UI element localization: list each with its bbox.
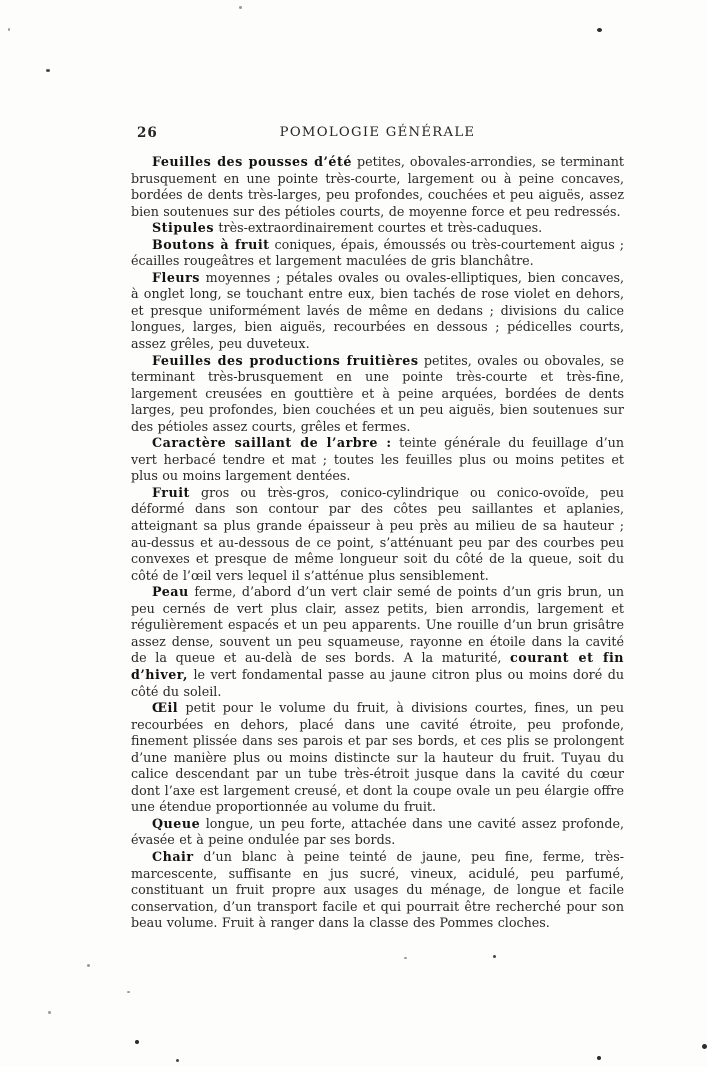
paragraph: Feuilles des pousses d’été petites, obov… [131, 154, 624, 220]
scan-speck [597, 28, 602, 32]
paragraph-lead-word: Fruit [152, 485, 190, 500]
paragraph: Fleurs moyennes ; pétales ovales ou oval… [131, 270, 624, 353]
paragraph-lead-word: Feuilles des pousses d’été [152, 154, 352, 169]
paragraph: Boutons à fruit coniques, épais, émoussé… [131, 237, 624, 270]
paragraph: Queue longue, un peu forte, attachée dan… [131, 816, 624, 849]
running-head: 26 POMOLOGIE GÉNÉRALE [131, 124, 624, 142]
paragraph: Peau ferme, d’abord d’un vert clair semé… [131, 584, 624, 700]
scan-speck [239, 6, 242, 9]
paragraph-lead-word: Œil [152, 700, 178, 715]
scan-speck [127, 991, 130, 993]
paragraph: Chair d’un blanc à peine teinté de jaune… [131, 849, 624, 932]
scan-speck [87, 964, 90, 967]
scan-speck [404, 957, 407, 959]
scan-speck [135, 1040, 139, 1044]
paragraph-text: très-extraordinairement courtes et très-… [214, 220, 542, 235]
scan-speck [597, 1056, 601, 1060]
scan-speck [702, 1044, 707, 1049]
paragraph-lead-word: Boutons à fruit [152, 237, 270, 252]
body-paragraphs: Feuilles des pousses d’été petites, obov… [131, 154, 624, 932]
paragraph-lead-word: Fleurs [152, 270, 200, 285]
paragraph: Caractère saillant de l’arbre : teinte g… [131, 435, 624, 485]
paragraph: Œil petit pour le volume du fruit, à div… [131, 700, 624, 816]
paragraph-text: le vert fondamental passe au jaune citro… [131, 667, 624, 699]
paragraph: Stipules très-extraordinairement courtes… [131, 220, 624, 237]
paragraph-lead-word: Queue [152, 816, 200, 831]
scan-speck [46, 69, 50, 72]
text-block: 26 POMOLOGIE GÉNÉRALE Feuilles des pouss… [131, 124, 624, 932]
scan-speck [48, 1011, 51, 1014]
paragraph-text: longue, un peu forte, attachée dans une … [131, 816, 624, 848]
paragraph: Fruit gros ou très-gros, conico-cylindri… [131, 485, 624, 584]
paragraph: Feuilles des productions fruitières peti… [131, 353, 624, 436]
paragraph-lead-word: Chair [152, 849, 194, 864]
paragraph-text: moyennes ; pétales ovales ou ovales-elli… [131, 270, 624, 351]
scanned-book-page: 26 POMOLOGIE GÉNÉRALE Feuilles des pouss… [0, 0, 707, 1067]
paragraph-text: petit pour le volume du fruit, à divisio… [131, 700, 624, 814]
paragraph-lead-word: Stipules [152, 220, 214, 235]
paragraph-text: d’un blanc à peine teinté de jaune, peu … [131, 849, 624, 930]
page-title: POMOLOGIE GÉNÉRALE [131, 124, 624, 142]
scan-speck [8, 28, 10, 31]
paragraph-lead-word: Caractère saillant de l’arbre : [152, 435, 392, 450]
paragraph-text: gros ou très-gros, conico-cylindrique ou… [131, 485, 624, 583]
scan-speck [493, 955, 496, 958]
scan-speck [176, 1059, 179, 1062]
paragraph-lead-word: Feuilles des productions fruitières [152, 353, 418, 368]
paragraph-lead-word: Peau [152, 584, 189, 599]
